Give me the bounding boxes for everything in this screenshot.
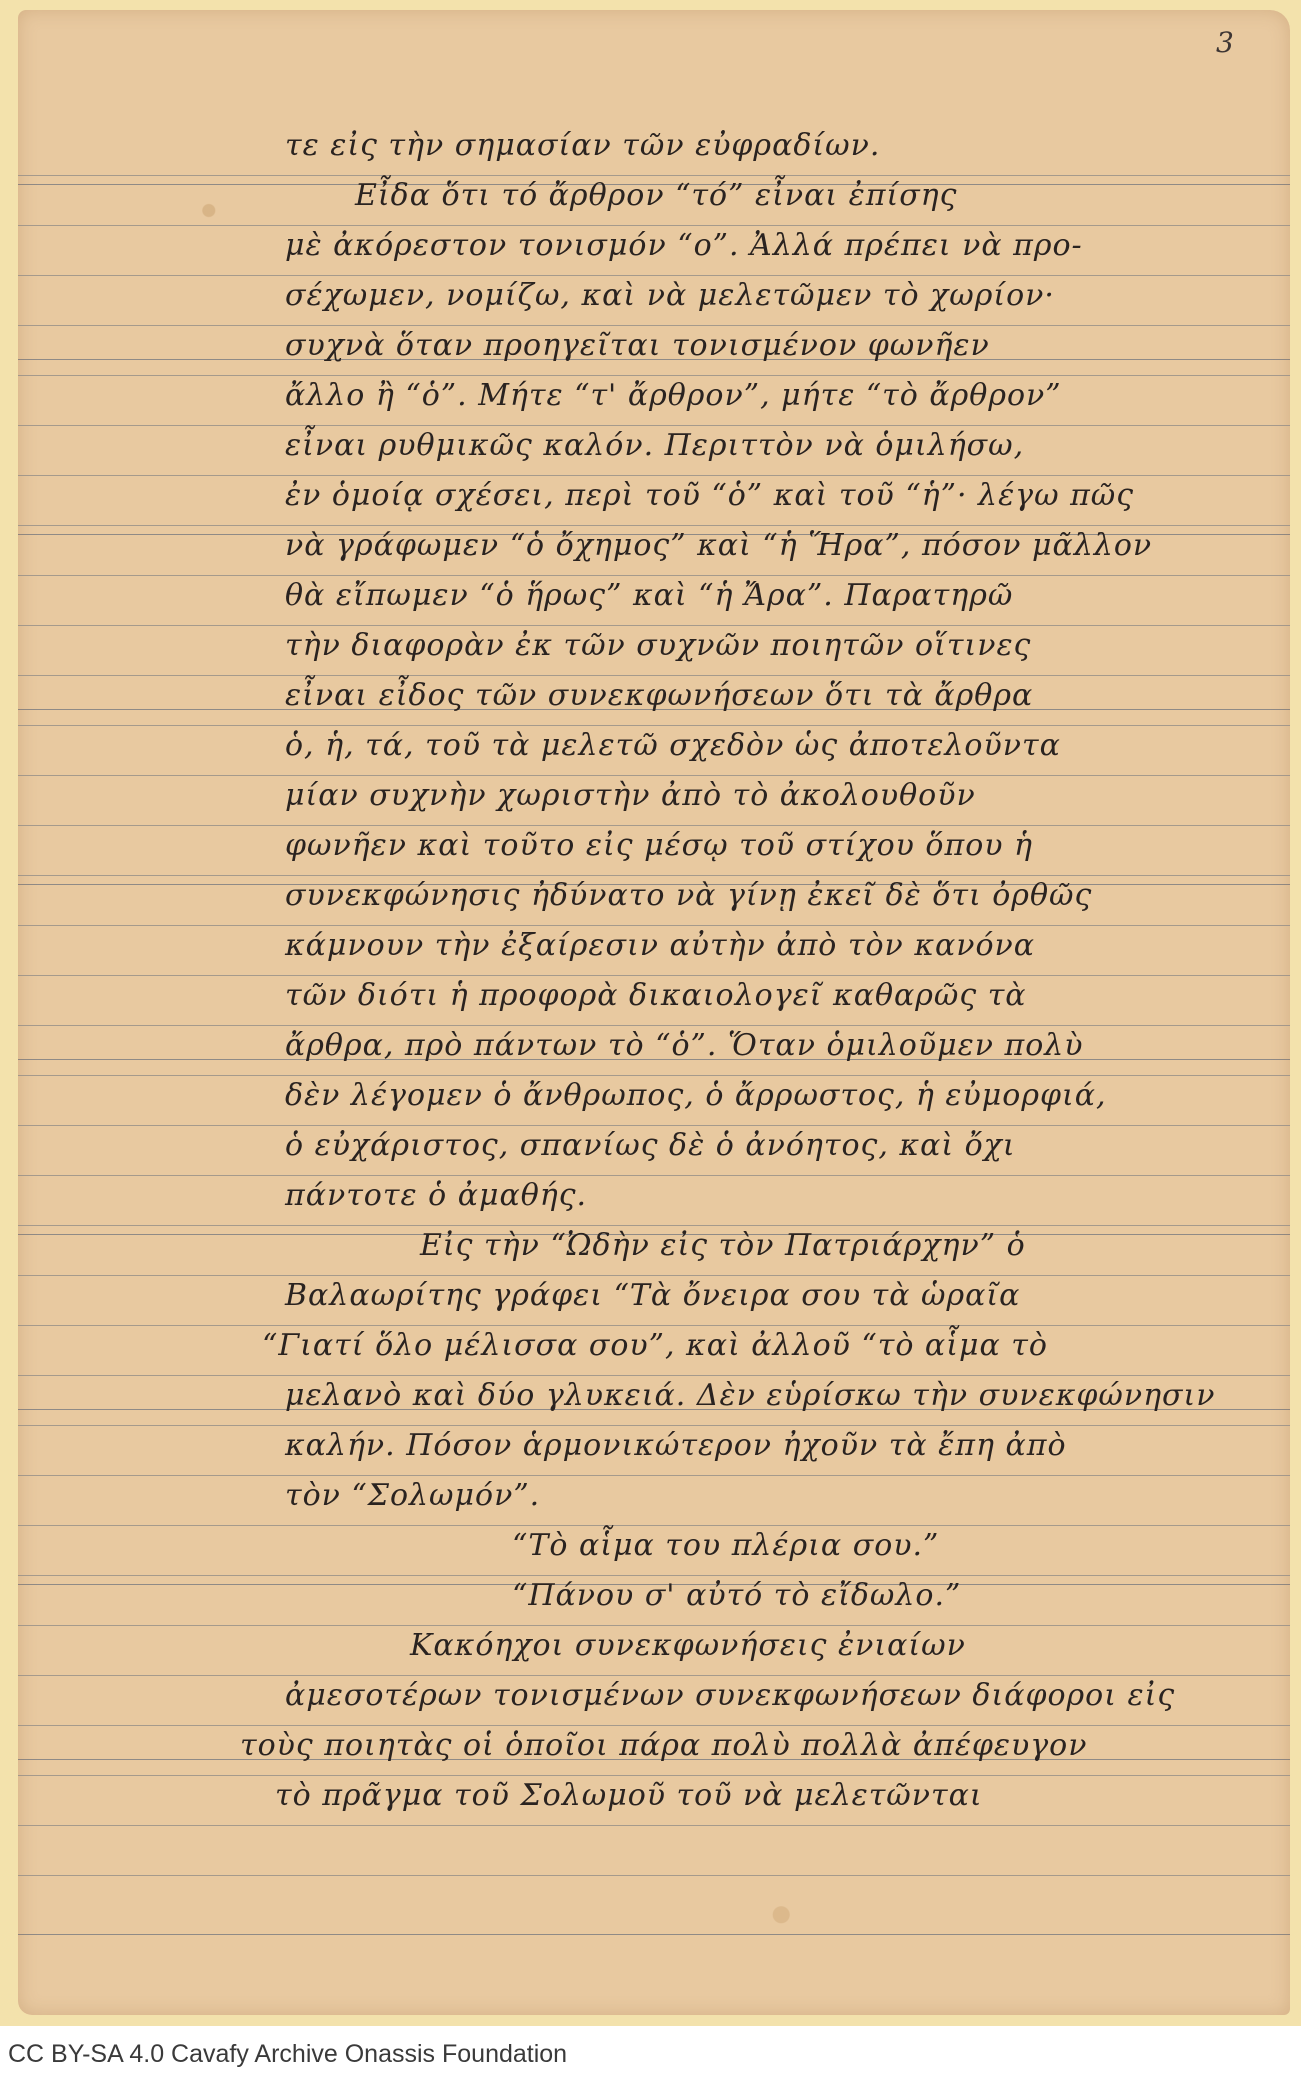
- manuscript-line: εἶναι ρυθμικῶς καλόν. Περιττὸν νὰ ὁμιλήσ…: [285, 428, 1024, 463]
- manuscript-line: σέχωμεν, νομίζω, καὶ νὰ μελετῶμεν τὸ χωρ…: [285, 278, 1055, 313]
- manuscript-line: ἄρθρα, πρὸ πάντων τὸ “ὁ”. Ὅταν ὁμιλοῦμεν…: [285, 1028, 1084, 1063]
- manuscript-line: “Γιατί ὅλο μέλισσα σου”, καὶ ἀλλοῦ “τὸ α…: [262, 1328, 1048, 1363]
- manuscript-line: συχνὰ ὅταν προηγεῖται τονισμένον φωνῆεν: [285, 328, 990, 363]
- handwritten-text: τε εἰς τὴν σημασίαν τῶν εὐφραδίων.Εἶδα ὅ…: [0, 0, 1301, 2026]
- manuscript-line: δὲν λέγομεν ὁ ἄνθρωπος, ὁ ἄρρωστος, ἡ εὐ…: [285, 1078, 1107, 1113]
- manuscript-line: τὸ πρᾶγμα τοῦ Σολωμοῦ τοῦ νὰ μελετῶνται: [275, 1778, 983, 1813]
- manuscript-line: ἐν ὁμοίᾳ σχέσει, περὶ τοῦ “ὁ” καὶ τοῦ “ἡ…: [285, 478, 1134, 513]
- manuscript-line: τὴν διαφορὰν ἐκ τῶν συχνῶν ποιητῶν οἵτιν…: [285, 628, 1031, 663]
- manuscript-line: θὰ εἴπωμεν “ὁ ἥρως” καὶ “ἡ Ἄρα”. Παρατηρ…: [285, 578, 1013, 613]
- manuscript-line: Εἰς τὴν “Ὠδὴν εἰς τὸν Πατριάρχην” ὁ: [420, 1228, 1026, 1263]
- manuscript-line: μὲ ἀκόρεστον τονισμόν “ο”. Ἀλλά πρέπει ν…: [285, 228, 1083, 263]
- manuscript-line: “Πάνου σ' αὐτό τὸ εἴδωλο.”: [512, 1578, 961, 1613]
- manuscript-line: Βαλαωρίτης γράφει “Τὰ ὄνειρα σου τὰ ὡραῖ…: [285, 1278, 1020, 1313]
- manuscript-line: τὸν “Σολωμόν”.: [285, 1478, 540, 1513]
- manuscript-line: νὰ γράφωμεν “ὁ ὄχημος” καὶ “ἡ Ἥρα”, πόσο…: [285, 528, 1152, 563]
- manuscript-line: καλήν. Πόσον ἁρμονικώτερον ἠχοῦν τὰ ἔπη …: [285, 1428, 1067, 1463]
- manuscript-scan: 3 τε εἰς τὴν σημασίαν τῶν εὐφραδίων.Εἶδα…: [0, 0, 1301, 2026]
- manuscript-line: Κακόηχοι συνεκφωνήσεις ἐνιαίων: [410, 1628, 966, 1663]
- manuscript-line: συνεκφώνησις ἠδύνατο νὰ γίνῃ ἐκεῖ δὲ ὅτι…: [285, 878, 1092, 913]
- manuscript-line: Εἶδα ὅτι τό ἄρθρον “τό” εἶναι ἐπίσης: [355, 178, 957, 213]
- manuscript-line: πάντοτε ὁ ἀμαθής.: [285, 1178, 587, 1213]
- manuscript-line: ὁ εὐχάριστος, σπανίως δὲ ὁ ἀνόητος, καὶ …: [285, 1128, 1016, 1163]
- manuscript-line: εἶναι εἶδος τῶν συνεκφωνήσεων ὅτι τὰ ἄρθ…: [285, 678, 1033, 713]
- manuscript-line: φωνῆεν καὶ τοῦτο εἰς μέσῳ τοῦ στίχου ὅπο…: [285, 828, 1033, 863]
- manuscript-line: κάμνουν τὴν ἐξαίρεσιν αὐτὴν ἀπὸ τὸν κανό…: [285, 928, 1035, 963]
- license-credit: CC BY-SA 4.0 Cavafy Archive Onassis Foun…: [8, 2040, 567, 2069]
- manuscript-line: μίαν συχνὴν χωριστὴν ἀπὸ τὸ ἀκολουθοῦν: [285, 778, 976, 813]
- manuscript-line: μελανὸ καὶ δύο γλυκειά. Δὲν εὑρίσκω τὴν …: [285, 1378, 1216, 1413]
- manuscript-line: ὁ, ἡ, τά, τοῦ τὰ μελετῶ σχεδὸν ὡς ἀποτελ…: [285, 728, 1061, 763]
- manuscript-line: ἀμεσοτέρων τονισμένων συνεκφωνήσεων διάφ…: [285, 1678, 1175, 1713]
- manuscript-line: “Τὸ αἷμα του πλέρια σου.”: [512, 1528, 939, 1563]
- manuscript-line: τῶν διότι ἡ προφορὰ δικαιολογεῖ καθαρῶς …: [285, 978, 1027, 1013]
- manuscript-line: τε εἰς τὴν σημασίαν τῶν εὐφραδίων.: [285, 128, 880, 163]
- manuscript-line: ἄλλο ἢ “ὁ”. Μήτε “τ' ἄρθρον”, μήτε “τὸ ἄ…: [285, 378, 1062, 413]
- manuscript-line: τοὺς ποιητὰς οἱ ὁποῖοι πάρα πολὺ πολλὰ ἀ…: [240, 1728, 1087, 1763]
